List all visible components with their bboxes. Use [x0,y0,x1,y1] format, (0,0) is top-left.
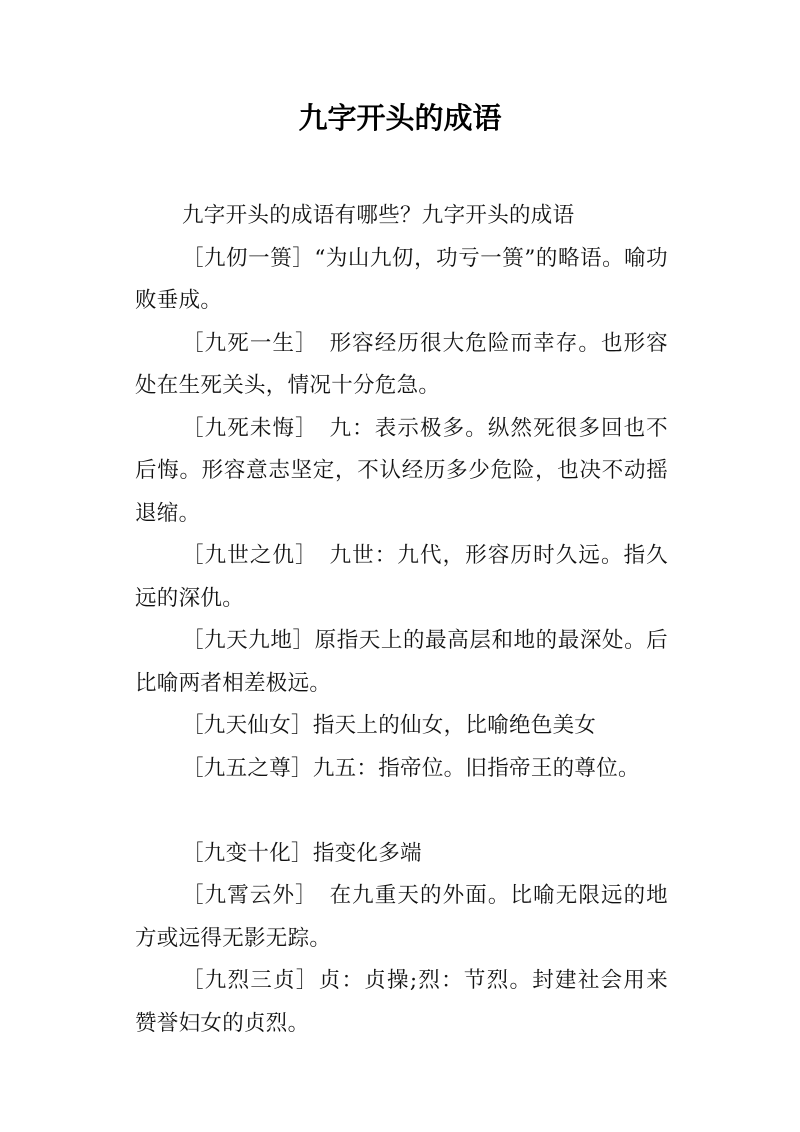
document-page: 九字开头的成语 九字开头的成语有哪些？九字开头的成语 ［九仞一篑］“为山九仞，功… [0,0,800,1132]
idiom-term: ［九烈三贞］ [182,968,319,993]
idiom-term: ［九天仙女］ [182,713,313,738]
document-title: 九字开头的成语 [0,96,800,140]
idiom-term: ［九仞一篑］ [182,246,314,271]
idiom-entry: ［九天仙女］指天上的仙女，比喻绝色美女 [135,705,668,748]
idiom-entry: ［九变十化］指变化多端 [135,833,668,876]
idiom-definition: 九五：指帝位。旧指帝王的尊位。 [313,756,640,781]
idiom-term: ［九死一生］ [182,331,307,356]
document-body: 九字开头的成语有哪些？九字开头的成语 ［九仞一篑］“为山九仞，功亏一篑”的略语。… [135,195,668,1045]
idiom-term: ［九死未悔］ [182,416,307,441]
intro-paragraph: 九字开头的成语有哪些？九字开头的成语 [135,195,668,238]
idiom-definition: 指变化多端 [313,841,422,866]
idiom-entry: ［九五之尊］九五：指帝位。旧指帝王的尊位。 [135,748,668,791]
idiom-entry: ［九霄云外］ 在九重天的外面。比喻无限远的地方或远得无影无踪。 [135,875,668,960]
idiom-term: ［九霄云外］ [182,883,307,908]
idiom-entry: ［九天九地］原指天上的最高层和地的最深处。后比喻两者相差极远。 [135,620,668,705]
idiom-entry: ［九死未悔］ 九：表示极多。纵然死很多回也不后悔。形容意志坚定，不认经历多少危险… [135,408,668,536]
idiom-term: ［九世之仇］ [182,543,307,568]
idiom-entry: ［九世之仇］ 九世：九代，形容历时久远。指久远的深仇。 [135,535,668,620]
idiom-entry: ［九死一生］ 形容经历很大危险而幸存。也形容处在生死关头，情况十分危急。 [135,323,668,408]
idiom-entry: ［九烈三贞］贞：贞操;烈：节烈。封建社会用来赞誉妇女的贞烈。 [135,960,668,1045]
idiom-term: ［九五之尊］ [182,756,313,781]
idiom-definition: 指天上的仙女，比喻绝色美女 [313,713,596,738]
idiom-term: ［九变十化］ [182,841,313,866]
blank-line [135,790,668,833]
idiom-term: ［九天九地］ [182,628,315,653]
idiom-entry: ［九仞一篑］“为山九仞，功亏一篑”的略语。喻功败垂成。 [135,238,668,323]
